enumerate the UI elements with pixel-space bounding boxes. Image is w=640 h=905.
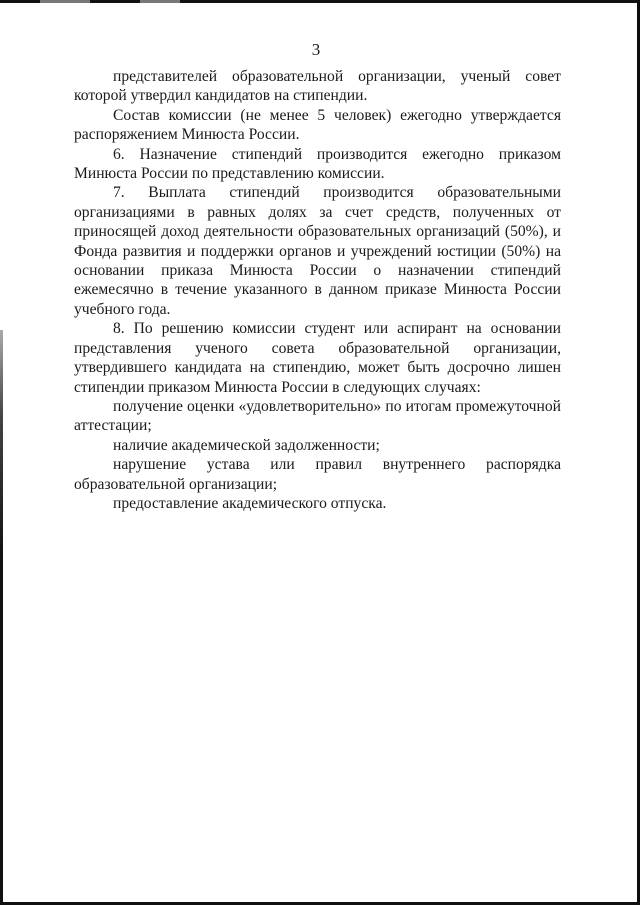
list-item-academic-debt: наличие академической задолженности; bbox=[74, 436, 561, 455]
page-number: 3 bbox=[0, 40, 632, 60]
paragraph-item-8: 8. По решению комиссии студент или аспир… bbox=[74, 319, 561, 397]
paragraph-commission-composition: Состав комиссии (не менее 5 человек) еже… bbox=[74, 106, 561, 145]
scan-edge-top bbox=[0, 0, 640, 3]
scan-edge-gap bbox=[40, 0, 90, 3]
list-item-rules-violation: нарушение устава или правил внутреннего … bbox=[74, 455, 561, 494]
list-item-academic-leave: предоставление академического отпуска. bbox=[74, 494, 561, 513]
list-item-satisfactory-grade: получение оценки «удовлетворительно» по … bbox=[74, 397, 561, 436]
paragraph-item-6: 6. Назначение стипендий производится еже… bbox=[74, 145, 561, 184]
paragraph-continuation: представителей образовательной организац… bbox=[74, 67, 561, 106]
document-page: 3 представителей образовательной организ… bbox=[0, 0, 640, 905]
document-body: представителей образовательной организац… bbox=[74, 67, 561, 513]
scan-edge-gap bbox=[140, 0, 180, 3]
paragraph-item-7: 7. Выплата стипендий производится образо… bbox=[74, 183, 561, 319]
scan-edge-left bbox=[0, 330, 3, 905]
